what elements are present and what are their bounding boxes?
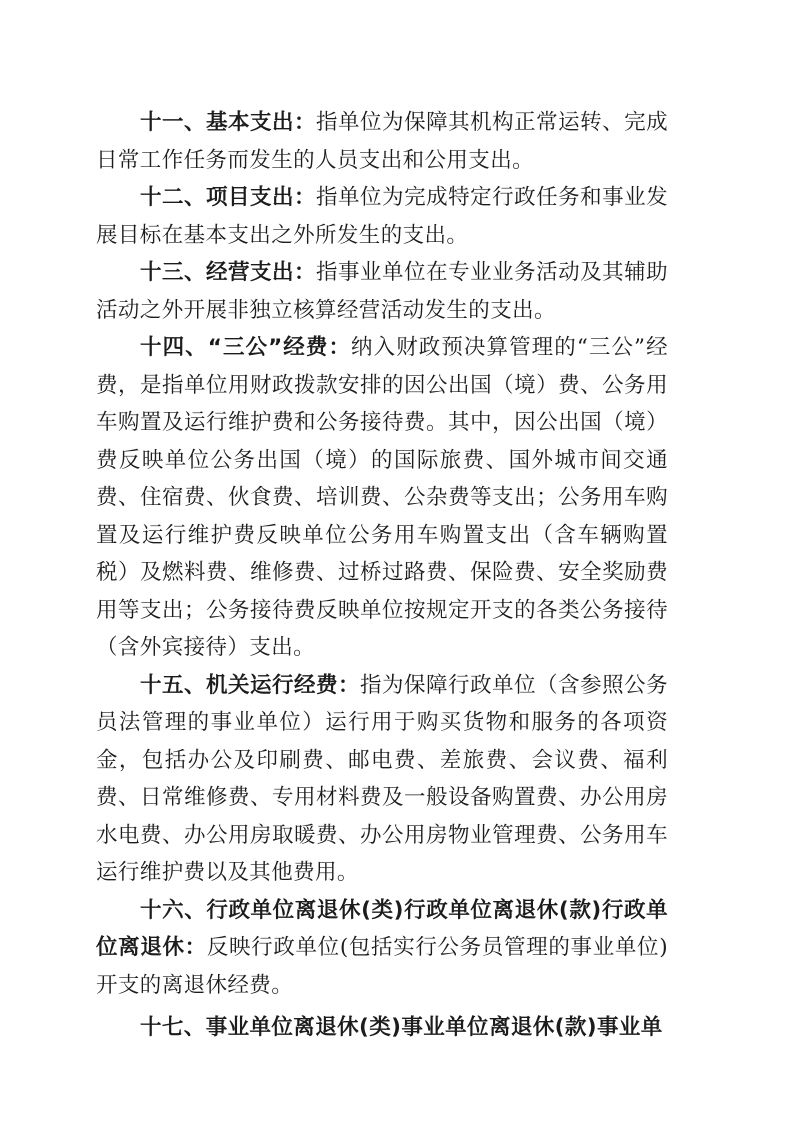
term-definition: 纳入财政预决算管理的“三公”经费，是指单位用财政拨款安排的因公出国（境）费、公务… xyxy=(96,335,668,660)
term-title: 十五、机关运行经费： xyxy=(140,673,360,698)
document-page: 十一、基本支出：指单位为保障其机构正常运转、完成日常工作任务而发生的人员支出和公… xyxy=(0,0,793,1122)
term-paragraph-admin-unit-retirement: 十六、行政单位离退休(类)行政单位离退休(款)行政单位离退休：反映行政单位(包括… xyxy=(96,892,668,1005)
document-body: 十一、基本支出：指单位为保障其机构正常运转、完成日常工作任务而发生的人员支出和公… xyxy=(96,104,668,1047)
term-paragraph-project-expenditure: 十二、项目支出：指单位为完成特定行政任务和事业发展目标在基本支出之外所发生的支出… xyxy=(96,179,668,254)
term-paragraph-three-public-funds: 十四、“三公”经费：纳入财政预决算管理的“三公”经费，是指单位用财政拨款安排的因… xyxy=(96,329,668,667)
term-paragraph-agency-operating-funds: 十五、机关运行经费：指为保障行政单位（含参照公务员法管理的事业单位）运行用于购买… xyxy=(96,667,668,892)
term-title: 十一、基本支出： xyxy=(140,110,316,135)
term-paragraph-institution-retirement: 十七、事业单位离退休(类)事业单位离退休(款)事业单 xyxy=(96,1009,668,1047)
term-definition: 指为保障行政单位（含参照公务员法管理的事业单位）运行用于购买货物和服务的各项资金… xyxy=(96,673,668,886)
term-title: 十四、“三公”经费： xyxy=(140,335,351,360)
term-title: 十二、项目支出： xyxy=(140,185,316,210)
term-paragraph-basic-expenditure: 十一、基本支出：指单位为保障其机构正常运转、完成日常工作任务而发生的人员支出和公… xyxy=(96,104,668,179)
term-paragraph-operating-expenditure: 十三、经营支出：指事业单位在专业业务活动及其辅助活动之外开展非独立核算经营活动发… xyxy=(96,254,668,329)
term-title: 十三、经营支出： xyxy=(140,260,316,285)
term-title: 十七、事业单位离退休(类)事业单位离退休(款)事业单 xyxy=(140,1015,663,1040)
